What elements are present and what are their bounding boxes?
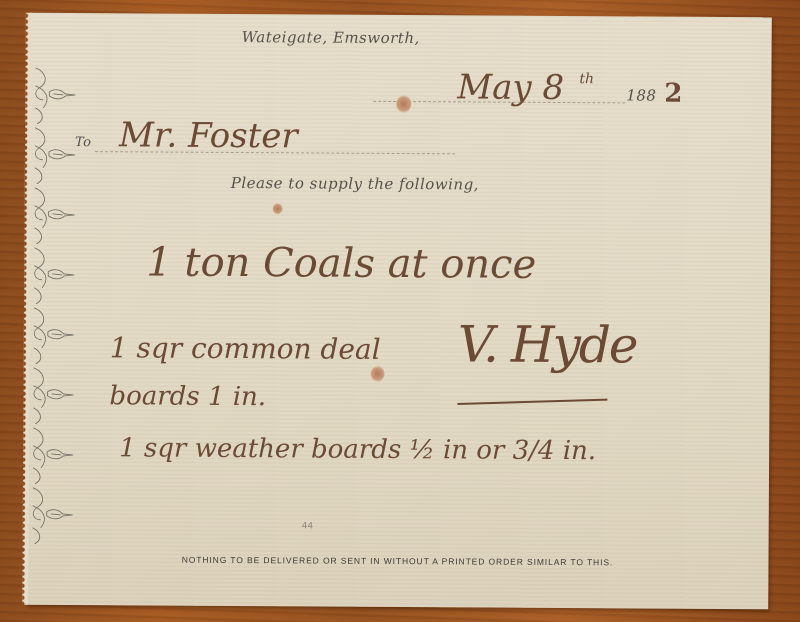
- item-line-3: boards 1 in.: [109, 381, 266, 412]
- paper-stain: [371, 366, 385, 382]
- paper-stain: [396, 95, 411, 113]
- item-line-2: 1 sqr common deal: [110, 331, 381, 366]
- ornamental-border-icon: [29, 68, 78, 548]
- date-handwritten: May 8: [457, 67, 564, 108]
- item-line-4: 1 sqr weather boards ½ in or 3/4 in.: [119, 433, 596, 466]
- paper-stain: [273, 203, 283, 214]
- date-suffix: th: [579, 71, 594, 87]
- item-line-1: 1 ton Coals at once: [146, 239, 536, 287]
- recipient-handwritten: Mr. Foster: [119, 115, 298, 156]
- signature: V. Hyde: [458, 315, 637, 374]
- printed-address: Wateigate, Emsworth,: [242, 28, 420, 47]
- footer-notice: NOTHING TO BE DELIVERED OR SENT IN WITHO…: [26, 554, 768, 569]
- printed-year-prefix: 188: [626, 86, 656, 104]
- printed-to-label: To: [75, 135, 92, 150]
- order-form-paper: Wateigate, Emsworth, May 8 th 188 2 To M…: [26, 13, 772, 610]
- signature-underline: [457, 399, 607, 405]
- printed-instruction: Please to supply the following,: [231, 174, 479, 194]
- year-digit-handwritten: 2: [664, 79, 682, 109]
- pencil-mark: 44: [302, 521, 314, 531]
